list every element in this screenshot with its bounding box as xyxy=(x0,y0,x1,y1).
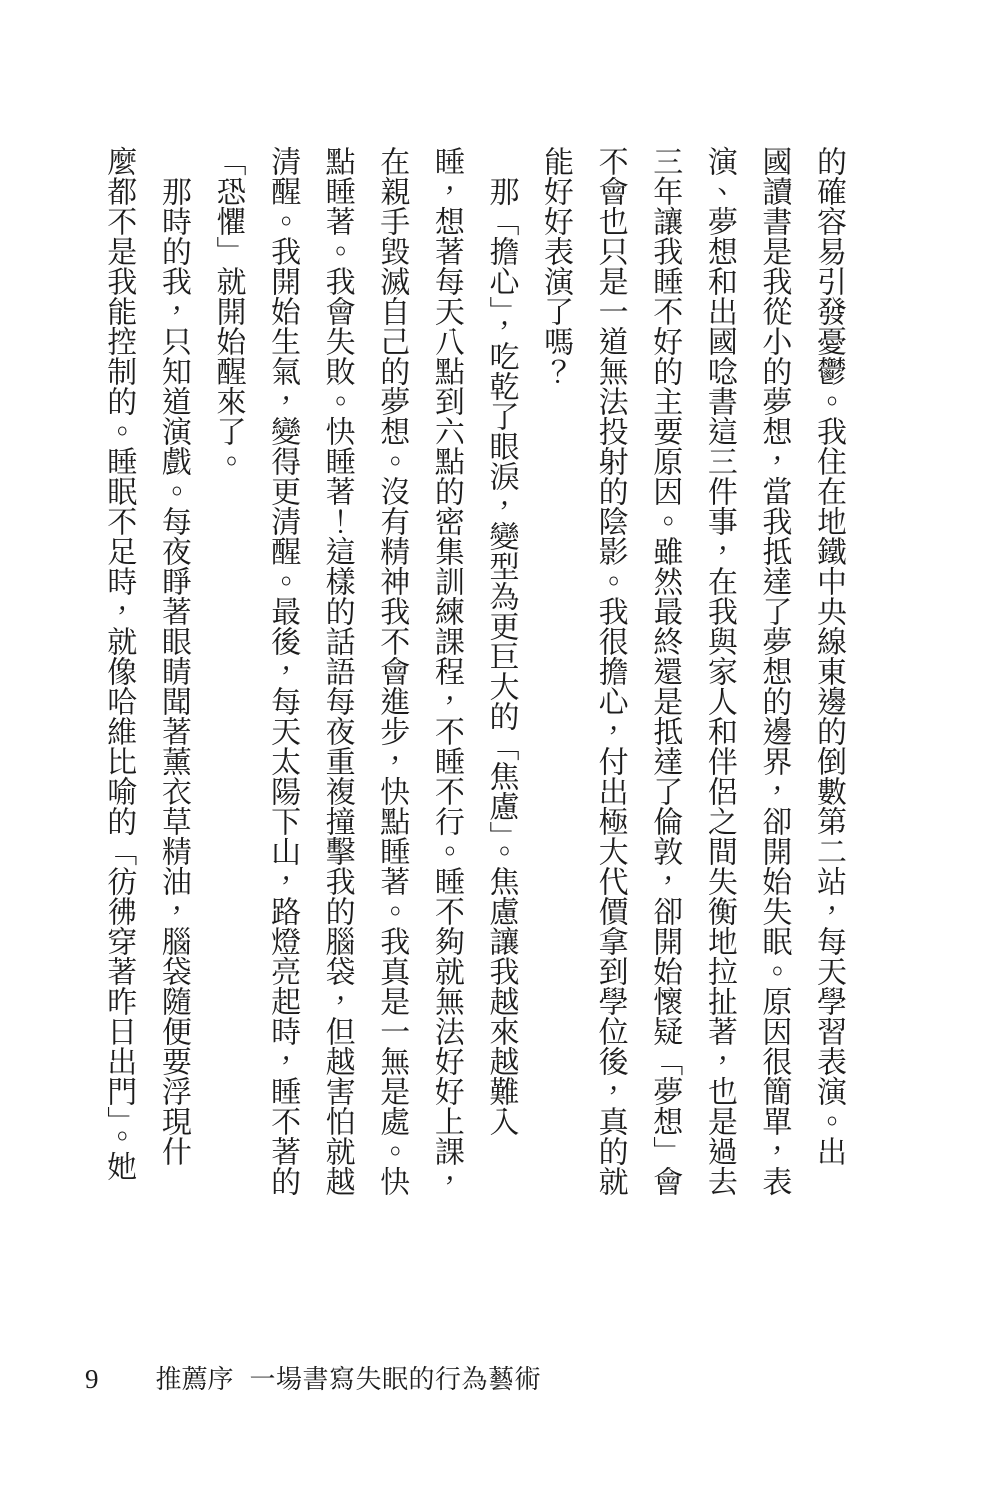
text-line: 麼都不是我能控制的。睡眠不足時，就像哈維比喻的「彷彿穿著昨日出門」。她 xyxy=(91,146,146,1204)
page-number: 9 xyxy=(85,1364,99,1394)
text-line: 清醒。我開始生氣，變得更清醒。最後，每天太陽下山，路燈亮起時，睡不著的 xyxy=(254,146,309,1204)
section-label: 推薦序 xyxy=(156,1365,234,1395)
text-line: 不會也只是一道無法投射的陰影。我很擔心，付出極大代價拿到學位後，真的就 xyxy=(582,146,637,1204)
text-line: 的確容易引發憂鬱。我住在地鐵中央線東邊的倒數第二站，每天學習表演。出 xyxy=(800,146,855,1204)
text-line: 「恐懼」就開始醒來了。 xyxy=(200,146,255,1204)
text-line: 那「擔心」，吃乾了眼淚，變型為更巨大的「焦慮」。焦慮讓我越來越難入 xyxy=(473,146,528,1204)
text-line: 三年讓我睡不好的主要原因。雖然最終還是抵達了倫敦，卻開始懷疑「夢想」會 xyxy=(637,146,692,1204)
page-footer: 9 推薦序 一場書寫失眠的行為藝術 xyxy=(85,1364,541,1395)
text-line: 睡，想著每天八點到六點的密集訓練課程，不睡不行。睡不夠就無法好好上課， xyxy=(418,146,473,1204)
text-line: 演、夢想和出國唸書這三件事，在我與家人和伴侶之間失衡地拉扯著，也是過去 xyxy=(691,146,746,1204)
text-line: 能好好表演了嗎？ xyxy=(527,146,582,1204)
paragraph: 那「擔心」，吃乾了眼淚，變型為更巨大的「焦慮」。焦慮讓我越來越難入睡，想著每天八… xyxy=(200,146,528,1204)
paragraph: 那時的我，只知道演戲。每夜睜著眼睛聞著薰衣草精油，腦袋隨便要浮現什麼都不是我能控… xyxy=(91,146,200,1204)
text-line: 在親手毀滅自己的夢想。沒有精神我不會進步，快點睡著。我真是一無是處。快 xyxy=(364,146,419,1204)
text-line: 國讀書是我從小的夢想，當我抵達了夢想的邊界，卻開始失眠。原因很簡單，表 xyxy=(746,146,801,1204)
text-line: 點睡著。我會失敗。快睡著！這樣的話語每夜重複撞擊我的腦袋，但越害怕就越 xyxy=(309,146,364,1204)
vertical-text-block: 的確容易引發憂鬱。我住在地鐵中央線東邊的倒數第二站，每天學習表演。出國讀書是我從… xyxy=(91,146,855,1204)
book-page: 的確容易引發憂鬱。我住在地鐵中央線東邊的倒數第二站，每天學習表演。出國讀書是我從… xyxy=(0,0,1000,1485)
text-line: 那時的我，只知道演戲。每夜睜著眼睛聞著薰衣草精油，腦袋隨便要浮現什 xyxy=(145,146,200,1204)
section-title: 一場書寫失眠的行為藝術 xyxy=(250,1365,542,1395)
paragraph: 的確容易引發憂鬱。我住在地鐵中央線東邊的倒數第二站，每天學習表演。出國讀書是我從… xyxy=(527,146,855,1204)
